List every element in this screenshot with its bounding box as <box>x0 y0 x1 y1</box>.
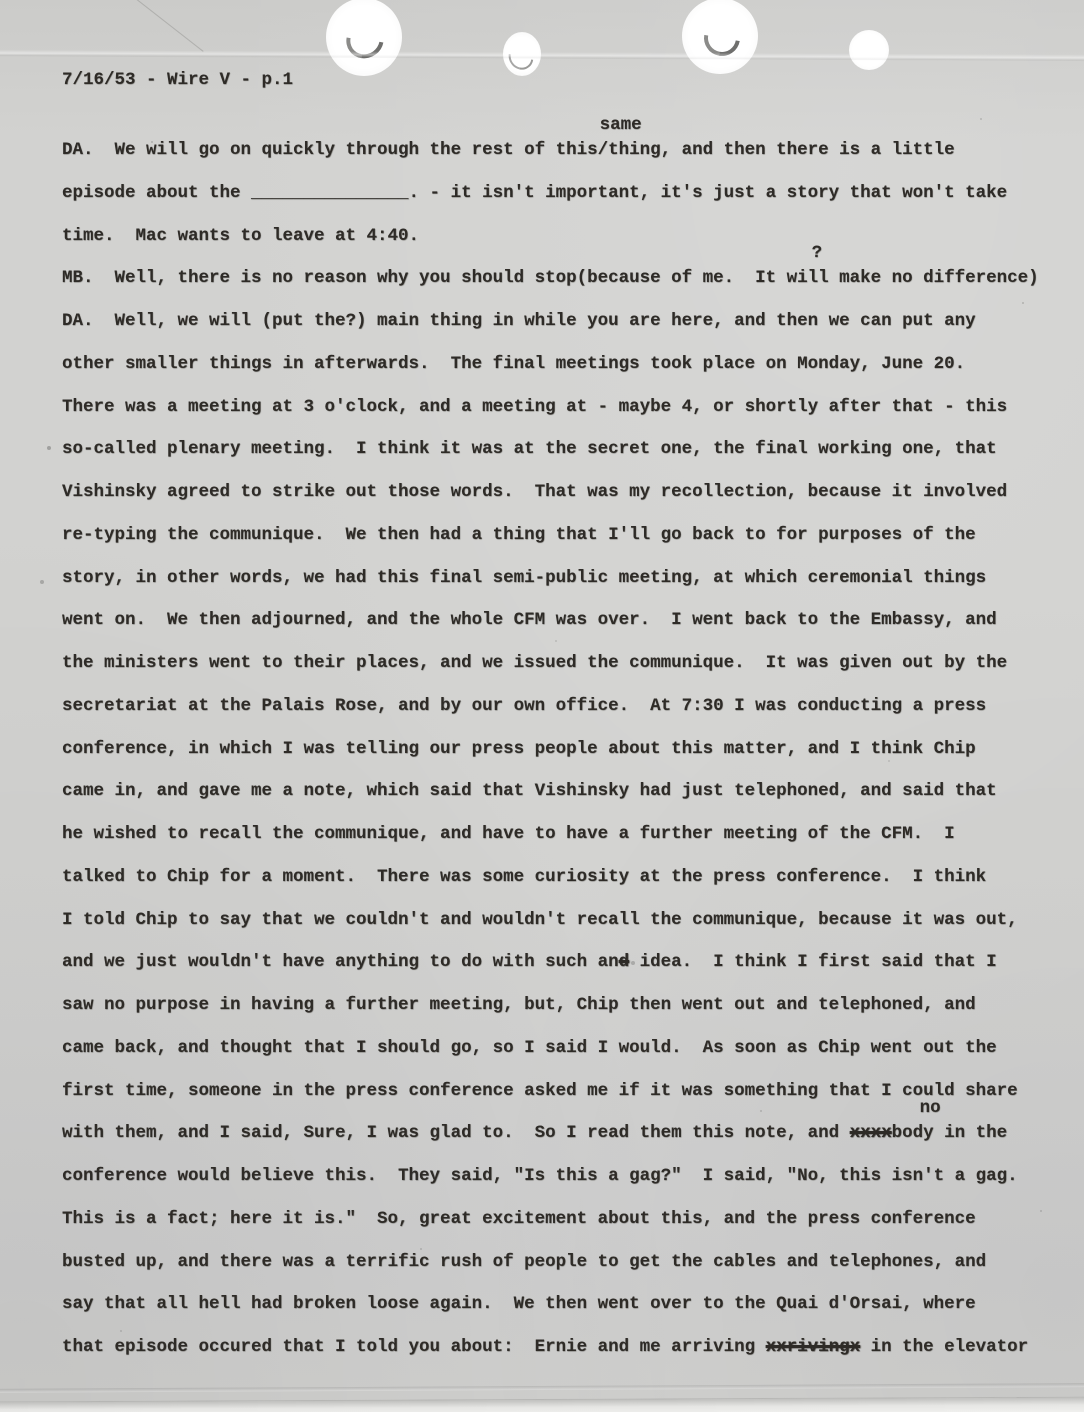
paper-crease <box>0 50 1084 62</box>
typed-line: went on. We then adjourned, and the whol… <box>62 609 997 631</box>
typed-line: There was a meeting at 3 o'clock, and a … <box>62 396 1007 418</box>
typed-segment: first time, someone in the press confere… <box>62 1081 1018 1101</box>
typed-segment: There was a meeting at 3 o'clock, and a … <box>62 397 1007 417</box>
typed-segment: conference would believe this. They said… <box>62 1166 1018 1186</box>
typed-line: episode about the _______________. - it … <box>62 182 1007 204</box>
typed-line: re-typing the communique. We then had a … <box>62 524 976 546</box>
typed-line: other smaller things in afterwards. The … <box>62 353 965 375</box>
typed-segment: This is a fact; here it is." So, great e… <box>62 1209 976 1229</box>
typed-segment: time. Mac wants to leave at 4:40. <box>62 226 419 246</box>
typed-segment: he wished to recall the communique, and … <box>62 824 955 844</box>
typed-line: saw no purpose in having a further meeti… <box>62 994 976 1016</box>
typed-line: DA. Well, we will (put the?) main thing … <box>62 310 976 332</box>
typed-segment: and we just wouldn't have anything to do… <box>62 952 619 972</box>
typed-insertion: same <box>600 114 642 136</box>
punch-hole-large-2 <box>682 0 758 74</box>
page-header: 7/16/53 - Wire V - p.1 <box>62 70 293 90</box>
paper-scratch <box>108 0 203 52</box>
paper-bottom-edge <box>0 1397 1084 1412</box>
typed-segment: saw no purpose in having a further meeti… <box>62 995 976 1015</box>
typed-line: with them, and I said, Sure, I was glad … <box>62 1122 1007 1144</box>
typed-segment: secretariat at the Palais Rose, and by o… <box>62 696 986 716</box>
typed-segment: say that all hell had broken loose again… <box>62 1294 976 1314</box>
typed-segment: other smaller things in afterwards. The … <box>62 354 965 374</box>
typed-line: talked to Chip for a moment. There was s… <box>62 866 986 888</box>
typed-line: came back, and thought that I should go,… <box>62 1037 997 1059</box>
typed-segment: came back, and thought that I should go,… <box>62 1038 997 1058</box>
typed-segment: with them, and I said, Sure, I was glad … <box>62 1123 850 1143</box>
typed-segment: talked to Chip for a moment. There was s… <box>62 867 986 887</box>
typed-line: secretariat at the Palais Rose, and by o… <box>62 695 986 717</box>
typed-segment: episode about the _______________. - it … <box>62 183 1007 203</box>
typed-segment: Vishinsky agreed to strike out those wor… <box>62 482 1007 502</box>
typed-line: conference, in which I was telling our p… <box>62 738 976 760</box>
typed-line: time. Mac wants to leave at 4:40. <box>62 225 419 247</box>
typed-segment: ll make no difference) <box>808 268 1039 288</box>
typed-segment: I told Chip to say that we couldn't and … <box>62 910 1018 930</box>
typed-segment: re-typing the communique. We then had a … <box>62 525 976 545</box>
typed-line: I told Chip to say that we couldn't and … <box>62 909 1018 931</box>
typed-segment: /thing, and then there is a little <box>598 140 955 160</box>
typed-insertion: no <box>920 1097 941 1119</box>
typed-line: came in, and gave me a note, which said … <box>62 780 997 802</box>
typed-strikeout: xxxx <box>850 1123 892 1143</box>
typed-line: he wished to recall the communique, and … <box>62 823 955 845</box>
typed-segment: came in, and gave me a note, which said … <box>62 781 997 801</box>
typed-segment: went on. We then adjourned, and the whol… <box>62 610 997 630</box>
typed-strikeout: xxrivingx <box>766 1337 861 1357</box>
typed-segment: story, in other words, we had this final… <box>62 568 986 588</box>
typed-segment: so-called plenary meeting. I think it wa… <box>62 439 997 459</box>
typed-line: say that all hell had broken loose again… <box>62 1293 976 1315</box>
punch-hole-large-1 <box>326 0 402 76</box>
typed-line: story, in other words, we had this final… <box>62 567 986 589</box>
typed-line: that episode occured that I told you abo… <box>62 1336 1028 1358</box>
typed-segment: conference, in which I was telling our p… <box>62 739 976 759</box>
typed-line: the ministers went to their places, and … <box>62 652 1007 674</box>
paper-edge-shadow <box>0 1383 1084 1393</box>
typed-segment: in the elevator <box>860 1337 1028 1357</box>
typed-strikeout: d <box>619 952 630 972</box>
punch-hole-small-2 <box>849 30 889 70</box>
typed-segment: that episode occured that I told you abo… <box>62 1337 766 1357</box>
paper-specks <box>0 0 2 2</box>
typed-line: MB. Well, there is no reason why you sho… <box>62 267 1039 289</box>
typed-line: busted up, and there was a terrific rush… <box>62 1251 986 1273</box>
typed-line: conference would believe this. They said… <box>62 1165 1018 1187</box>
typed-line: DA. We will go on quickly through the re… <box>62 139 955 161</box>
typed-segment: the ministers went to their places, and … <box>62 653 1007 673</box>
typed-insertion: ? <box>812 242 823 264</box>
typed-line: This is a fact; here it is." So, great e… <box>62 1208 976 1230</box>
typed-segment: DA. We will go on quickly through the re… <box>62 140 598 160</box>
typed-line: Vishinsky agreed to strike out those wor… <box>62 481 1007 503</box>
typed-segment: body in the <box>892 1123 1008 1143</box>
typed-line: first time, someone in the press confere… <box>62 1080 1018 1102</box>
typed-segment: idea. I think I first said that I <box>629 952 997 972</box>
typed-segment: busted up, and there was a terrific rush… <box>62 1252 986 1272</box>
typed-line: and we just wouldn't have anything to do… <box>62 951 997 973</box>
scanned-typescript-page: 7/16/53 - Wire V - p.1 DA. We will go on… <box>0 0 1084 1412</box>
typed-segment: MB. Well, there is no reason why you sho… <box>62 268 808 288</box>
typed-segment: DA. Well, we will (put the?) main thing … <box>62 311 976 331</box>
typed-line: so-called plenary meeting. I think it wa… <box>62 438 997 460</box>
